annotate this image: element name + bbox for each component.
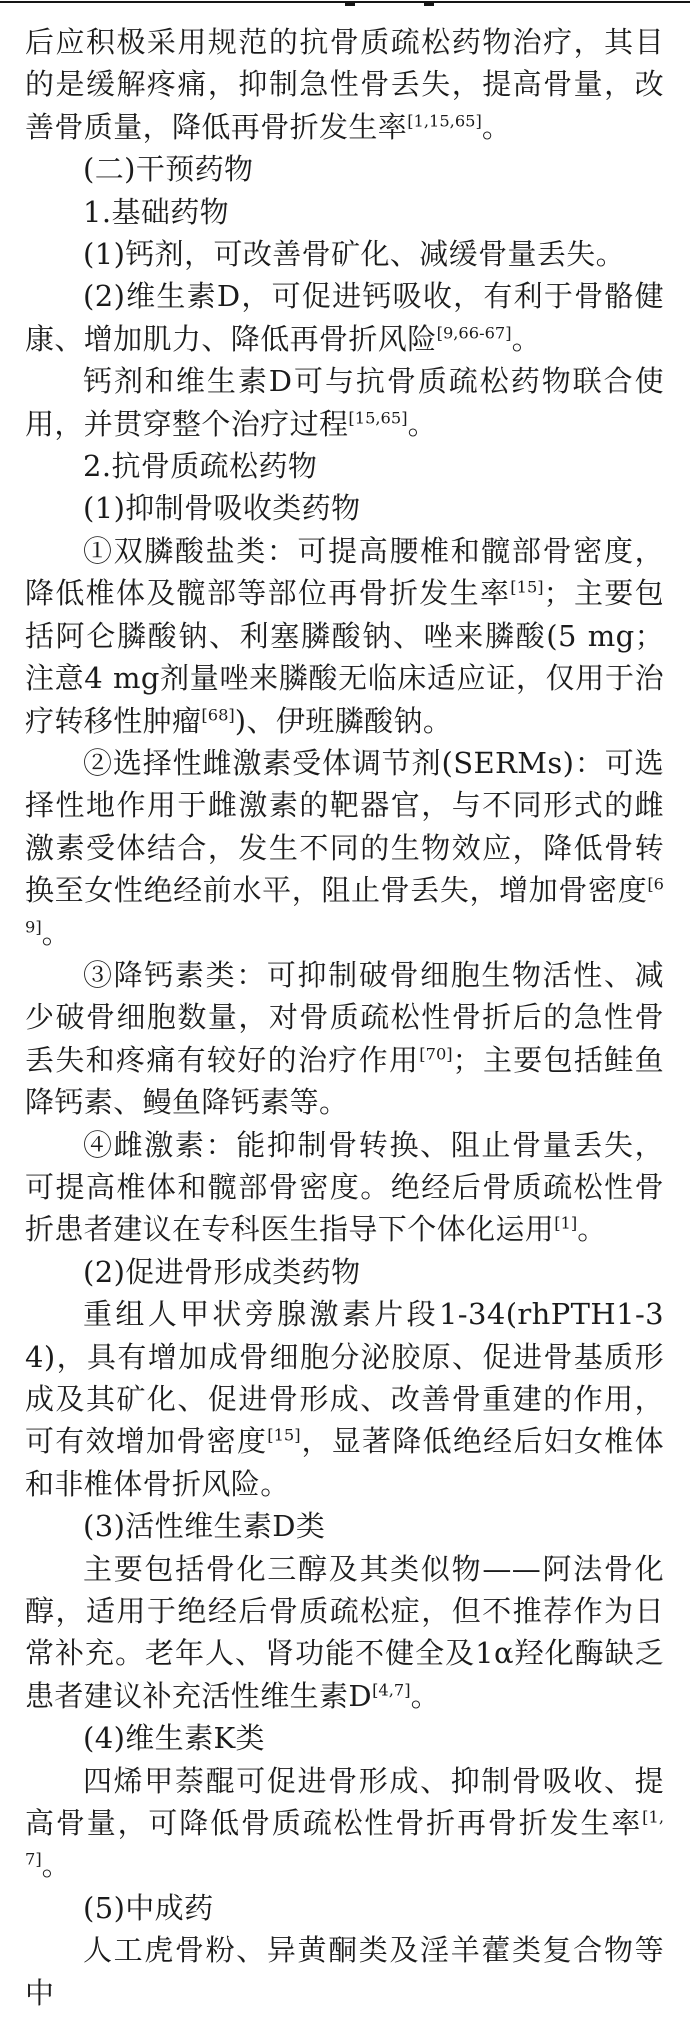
document-page: 后应积极采用规范的抗骨质疏松药物治疗，其目的是缓解疼痛，抑制急性骨丢失，提高骨量… xyxy=(0,0,690,2022)
text-run: 。 xyxy=(408,407,437,441)
paragraph: ④雌激素：能抑制骨转换、阻止骨量丢失，可提高椎体和髋部骨密度。绝经后骨质疏松性骨… xyxy=(25,1124,664,1251)
text-run: (5)中成药 xyxy=(83,1891,213,1925)
text-run: 1.基础药物 xyxy=(83,195,229,229)
text-run: 。 xyxy=(42,916,71,950)
text-run: (2)促进骨形成类药物 xyxy=(83,1255,360,1289)
text-run: 。 xyxy=(482,110,511,144)
reference-superscript: [1,15,65] xyxy=(407,111,482,130)
text-run: 人工虎骨粉、异黄酮类及淫羊藿类复合物等中 xyxy=(25,1933,664,2009)
text-run: (4)维生素K类 xyxy=(83,1721,265,1755)
text-column: 后应积极采用规范的抗骨质疏松药物治疗，其目的是缓解疼痛，抑制急性骨丢失，提高骨量… xyxy=(25,21,664,2014)
paragraph: 2.抗骨质疏松药物 xyxy=(25,445,664,487)
paragraph: (4)维生素K类 xyxy=(25,1717,664,1759)
paragraph: 后应积极采用规范的抗骨质疏松药物治疗，其目的是缓解疼痛，抑制急性骨丢失，提高骨量… xyxy=(25,21,664,148)
paragraph: ①双膦酸盐类：可提高腰椎和髋部骨密度，降低椎体及髋部等部位再骨折发生率[15]；… xyxy=(25,530,664,742)
text-run: 。 xyxy=(42,1848,71,1882)
paragraph: (1)钙剂，可改善骨矿化、减缓骨量丢失。 xyxy=(25,233,664,275)
paragraph: 人工虎骨粉、异黄酮类及淫羊藿类复合物等中 xyxy=(25,1929,664,2014)
reference-superscript: [15,65] xyxy=(348,408,407,427)
paragraph: (2)维生素D，可促进钙吸收，有利于骨骼健康、增加肌力、降低再骨折风险[9,66… xyxy=(25,275,664,360)
text-run: (3)活性维生素D类 xyxy=(83,1509,325,1543)
paragraph: 钙剂和维生素D可与抗骨质疏松药物联合使用，并贯穿整个治疗过程[15,65]。 xyxy=(25,360,664,445)
text-run: 主要包括骨化三醇及其类似物——阿法骨化醇，适用于绝经后骨质疏松症，但不推荐作为日… xyxy=(25,1552,664,1713)
paragraph: 四烯甲萘醌可促进骨形成、抑制骨吸收、提高骨量，可降低骨质疏松性骨折再骨折发生率[… xyxy=(25,1760,664,1887)
text-run: 后应积极采用规范的抗骨质疏松药物治疗，其目的是缓解疼痛，抑制急性骨丢失，提高骨量… xyxy=(25,25,664,144)
crop-artifact-tick xyxy=(424,2,434,6)
text-run: ②选择性雌激素受体调节剂(SERMs)：可选择性地作用于雌激素的靶器官，与不同形… xyxy=(25,746,664,907)
reference-superscript: [70] xyxy=(419,1044,452,1063)
reference-superscript: [1] xyxy=(554,1214,577,1233)
text-run: (二)干预药物 xyxy=(83,152,253,186)
text-run: 四烯甲萘醌可促进骨形成、抑制骨吸收、提高骨量，可降低骨质疏松性骨折再骨折发生率 xyxy=(25,1764,664,1840)
text-run: (1)钙剂，可改善骨矿化、减缓骨量丢失。 xyxy=(83,237,625,271)
reference-superscript: [15] xyxy=(267,1426,300,1445)
text-run: 2.抗骨质疏松药物 xyxy=(83,449,317,483)
paragraph: 重组人甲状旁腺激素片段1-34(rhPTH1-34)，具有增加成骨细胞分泌胶原、… xyxy=(25,1293,664,1505)
text-run: 。 xyxy=(512,322,541,356)
reference-superscript: [68] xyxy=(201,705,234,724)
reference-superscript: [9,66-67] xyxy=(437,323,512,342)
text-run: (2)维生素D，可促进钙吸收，有利于骨骼健康、增加肌力、降低再骨折风险 xyxy=(25,279,664,355)
paragraph: (二)干预药物 xyxy=(25,148,664,190)
text-run: 。 xyxy=(411,1679,440,1713)
paragraph: (5)中成药 xyxy=(25,1887,664,1929)
paragraph: (1)抑制骨吸收类药物 xyxy=(25,487,664,529)
text-run: 。 xyxy=(577,1212,606,1246)
page-top-rule xyxy=(0,1,690,3)
text-run: )、伊班膦酸钠。 xyxy=(235,704,453,738)
reference-superscript: [4,7] xyxy=(372,1680,411,1699)
paragraph: 1.基础药物 xyxy=(25,191,664,233)
paragraph: (3)活性维生素D类 xyxy=(25,1505,664,1547)
reference-superscript: [15] xyxy=(510,578,543,597)
paragraph: (2)促进骨形成类药物 xyxy=(25,1251,664,1293)
paragraph: 主要包括骨化三醇及其类似物——阿法骨化醇，适用于绝经后骨质疏松症，但不推荐作为日… xyxy=(25,1548,664,1718)
crop-artifact-tick xyxy=(345,2,355,6)
paragraph: ②选择性雌激素受体调节剂(SERMs)：可选择性地作用于雌激素的靶器官，与不同形… xyxy=(25,742,664,954)
text-run: (1)抑制骨吸收类药物 xyxy=(83,491,360,525)
text-run: 钙剂和维生素D可与抗骨质疏松药物联合使用，并贯穿整个治疗过程 xyxy=(25,364,664,440)
paragraph: ③降钙素类：可抑制破骨细胞生物活性、减少破骨细胞数量，对骨质疏松性骨折后的急性骨… xyxy=(25,954,664,1124)
